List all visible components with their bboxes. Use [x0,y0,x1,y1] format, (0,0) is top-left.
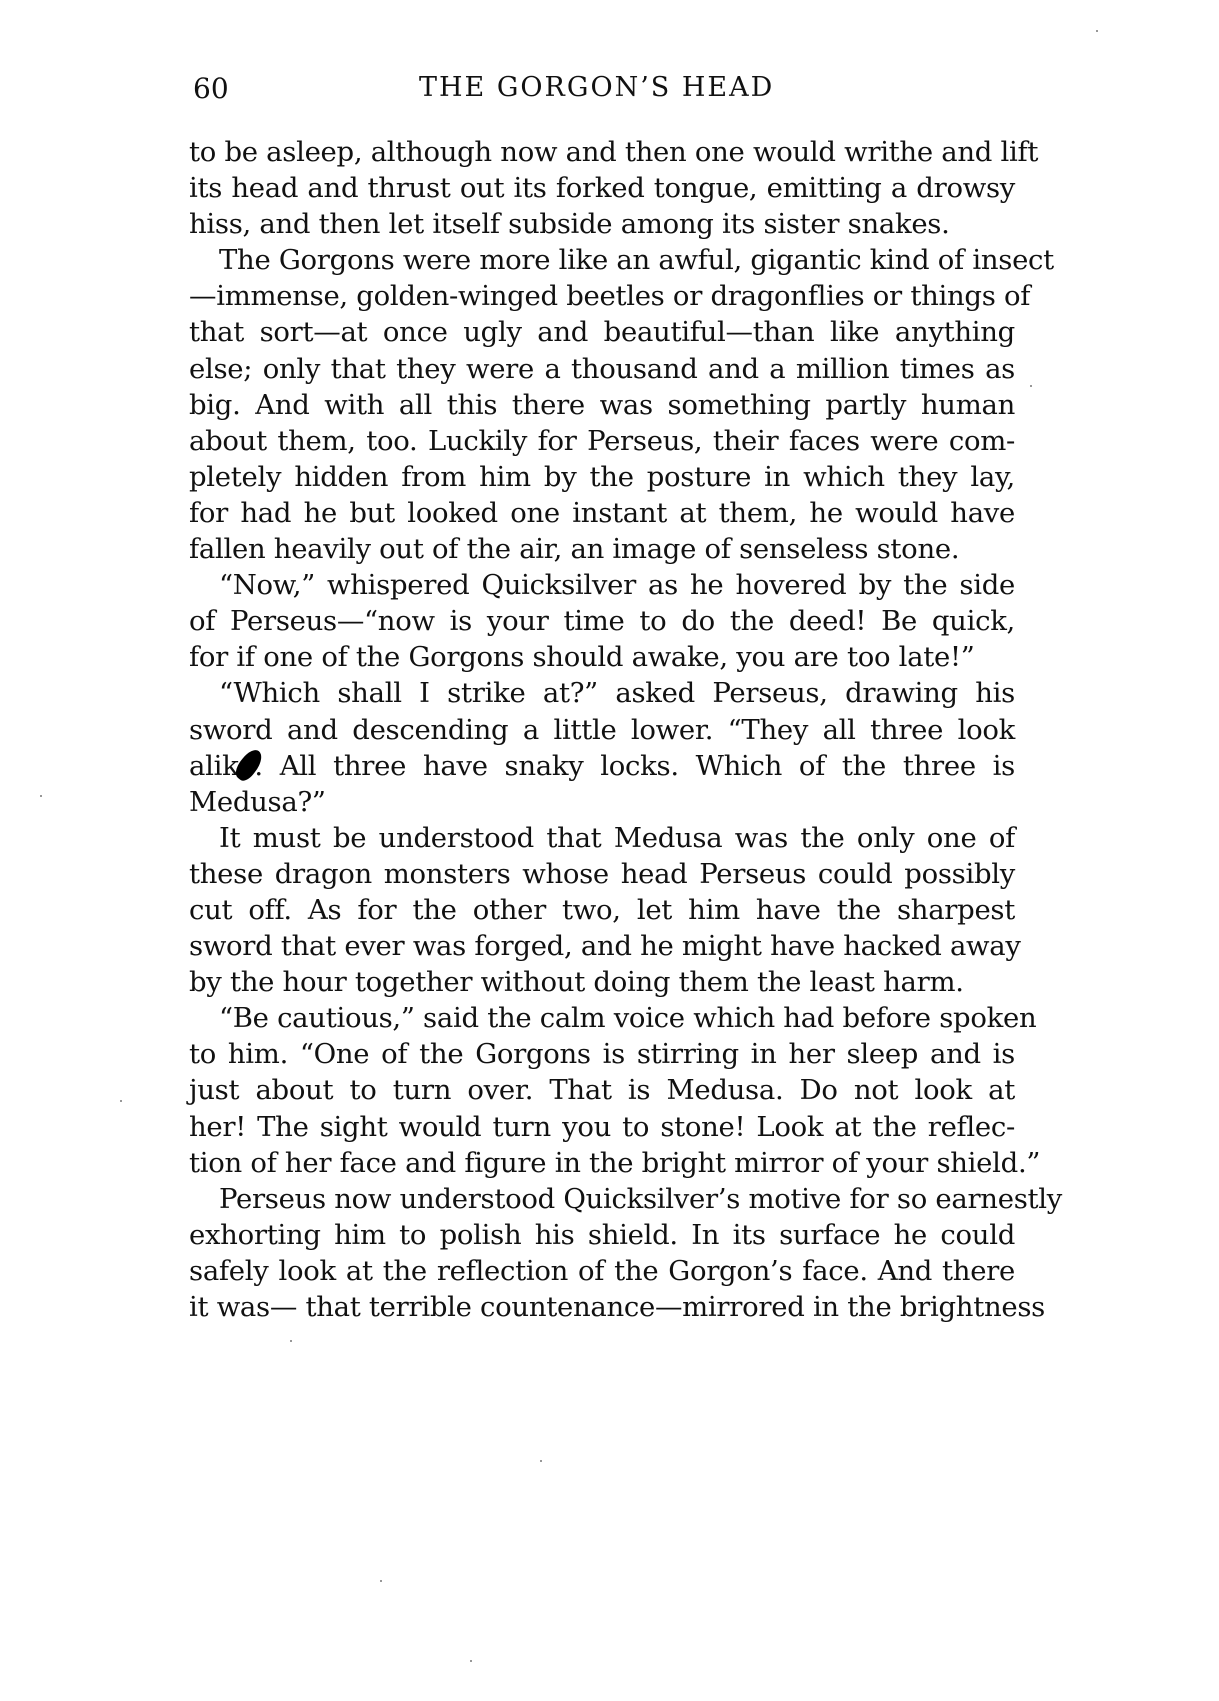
running-head: 60 THE GORGON’S HEAD [193,72,1013,112]
text-line: pletely hidden from him by the posture i… [189,459,1015,495]
paragraph-start-line: Perseus now understood Quicksilver’s mot… [189,1181,1015,1217]
scan-speck [1030,385,1032,387]
scan-speck [1096,30,1098,32]
text-line: about them, too. Luckily for Perseus, th… [189,423,1015,459]
text-line: just about to turn over. That is Medusa.… [189,1072,1015,1108]
running-title: THE GORGON’S HEAD [419,72,774,103]
text-line: these dragon monsters whose head Perseus… [189,856,1015,892]
paragraph-start-line: “Now,” whispered Quicksilver as he hover… [189,567,1015,603]
paragraph-start-line: “Which shall I strike at?” asked Perseus… [189,675,1015,711]
text-line: her! The sight would turn you to stone! … [189,1109,1015,1145]
text-line: to him. “One of the Gorgons is stirring … [189,1036,1015,1072]
scan-speck [40,795,42,797]
text-line: safely look at the reflection of the Gor… [189,1253,1015,1289]
text-line: its head and thrust out its forked tongu… [189,170,1015,206]
text-line: by the hour together without doing them … [189,964,1015,1000]
scan-speck [540,1460,542,1462]
text-line: big. And with all this there was somethi… [189,387,1015,423]
text-line: Medusa?” [189,784,1015,820]
scan-speck [470,1660,472,1662]
book-page: 60 THE GORGON’S HEAD to be asleep, altho… [0,0,1219,1701]
paragraph-start-line: The Gorgons were more like an awful, gig… [189,242,1015,278]
text-line: cut off. As for the other two, let him h… [189,892,1015,928]
paragraph-start-line: It must be understood that Medusa was th… [189,820,1015,856]
text-line: for had he but looked one instant at the… [189,495,1015,531]
text-line: sword and descending a little lower. “Th… [189,712,1015,748]
text-line: hiss, and then let itself subside among … [189,206,1015,242]
scan-speck [380,1580,382,1582]
text-line: —immense, golden-winged beetles or drago… [189,278,1015,314]
text-line: alike. All three have snaky locks. Which… [189,748,1015,784]
text-line: else; only that they were a thousand and… [189,351,1015,387]
text-line: it was— that terrible countenance—mirror… [189,1289,1015,1325]
text-line: exhorting him to polish his shield. In i… [189,1217,1015,1253]
text-line: to be asleep, although now and then one … [189,134,1015,170]
body-text: to be asleep, although now and then one … [189,134,1015,1325]
paragraph-start-line: “Be cautious,” said the calm voice which… [189,1000,1015,1036]
scan-speck [290,1340,292,1342]
page-number: 60 [193,72,229,105]
text-line: for if one of the Gorgons should awake, … [189,639,1015,675]
text-line: sword that ever was forged, and he might… [189,928,1015,964]
text-line: of Perseus—“now is your time to do the d… [189,603,1015,639]
text-line: fallen heavily out of the air, an image … [189,531,1015,567]
text-line: tion of her face and figure in the brigh… [189,1145,1015,1181]
text-line: that sort—at once ugly and beautiful—tha… [189,314,1015,350]
scan-speck [120,1100,122,1102]
